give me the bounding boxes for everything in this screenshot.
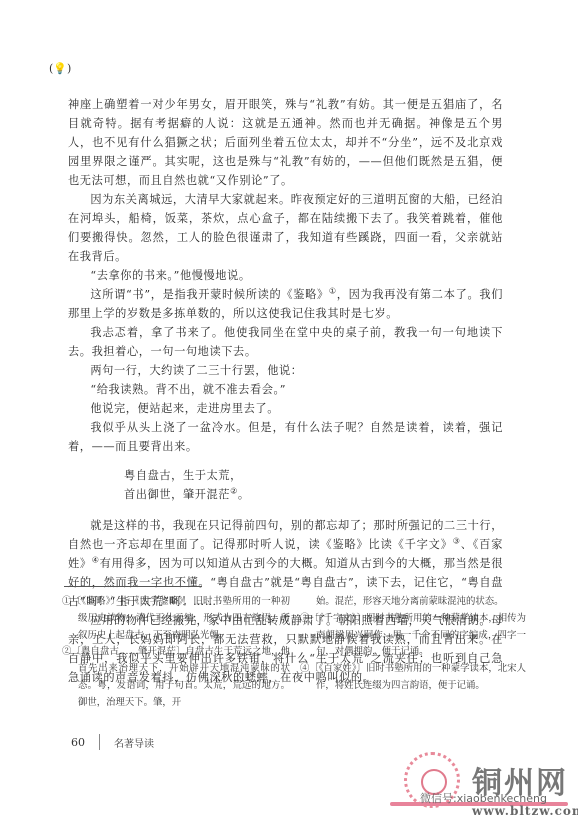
footnote-ref: ③ <box>453 536 461 545</box>
footnotes-left-column: ①〔《鉴略》〕指《四字鉴略》，旧时书塾所用的一种初级历史读物，清代王仕云编，形式… <box>62 594 290 712</box>
footnote-ref: ② <box>230 486 238 495</box>
paragraph: 因为东关离城远，大清早大家就起来。昨夜预定好的三道明瓦窗的大船，已经泊在河埠头，… <box>68 190 503 266</box>
footnotes-right-column: 始。混茫，形容天地分离前蒙昧混沌的状态。 ③〔《千字文》〕旧时书塾所用的一种蒙学… <box>300 594 526 695</box>
verse-block: 粤自盘古，生于太荒， 首出御世，肇开混茫②。 <box>68 466 503 504</box>
verse-line: 粤自盘古，生于太荒， <box>124 466 503 485</box>
watermark-url: www.bltzw.com <box>472 804 578 818</box>
paragraph: 两句一行，大约读了二三十行罢，他说： <box>68 361 503 380</box>
watermark: 铜州网 微信号:xiaobenkecheng www.bltzw.com <box>420 758 578 819</box>
paragraph: 神座上确塑着一对少年男女，眉开眼笑，殊与“礼教”有妨。其一便是五猖庙了，名目就奇… <box>68 95 503 190</box>
paragraph: “去拿你的书来。”他慢慢地说。 <box>68 266 503 285</box>
verse-line: 首出御世，肇开混茫②。 <box>124 485 503 504</box>
paragraph: 我似乎从头上浇了一盆冷水。但是，有什么法子呢？自然是读着，读着，强记着，——而且… <box>68 418 503 456</box>
book-title: 名著导读 <box>114 735 154 750</box>
paragraph: 这所谓“书”，是指我开蒙时候所读的《鉴略》①，因为我再没有第二本了。我们那里上学… <box>68 285 503 323</box>
footnote-divider <box>64 586 202 587</box>
footnote-ref: ④ <box>92 555 100 564</box>
footer-divider <box>99 734 100 750</box>
paragraph: 我忐忑着，拿了书来了。他使我同坐在堂中央的桌子前，教我一句一句地读下去。我担着心… <box>68 323 503 361</box>
footnote-continuation: 始。混茫，形容天地分离前蒙昧混沌的状态。 <box>300 594 526 611</box>
paragraph: 他说完，便站起来，走进房里去了。 <box>68 399 503 418</box>
page-footer: 60 名著导读 <box>71 734 154 750</box>
footnote: ①〔《鉴略》〕指《四字鉴略》，旧时书塾所用的一种初级历史读物，清代王仕云编，形式… <box>62 594 290 644</box>
footnote: ②〔粤自盘古……肇开混茫〕自盘古生于荒远之地，他首先出来治理天下，开始辟开天地混… <box>62 644 290 711</box>
page-number: 60 <box>71 736 85 749</box>
lightbulb-badge-icon: (💡) <box>49 62 71 75</box>
footnote: ③〔《千字文》〕旧时书塾所用的一种蒙学读本，相传为南朝梁周兴嗣作，用一千个不同的… <box>300 611 526 661</box>
footnote-ref: ① <box>329 286 337 295</box>
paragraph: “给我读熟。背不出，就不准去看会。” <box>68 380 503 399</box>
footnote: ④〔《百家姓》〕旧时书塾所用的一种蒙学读本，北宋人作，将姓氏连缀为四言韵语，便于… <box>300 661 526 695</box>
